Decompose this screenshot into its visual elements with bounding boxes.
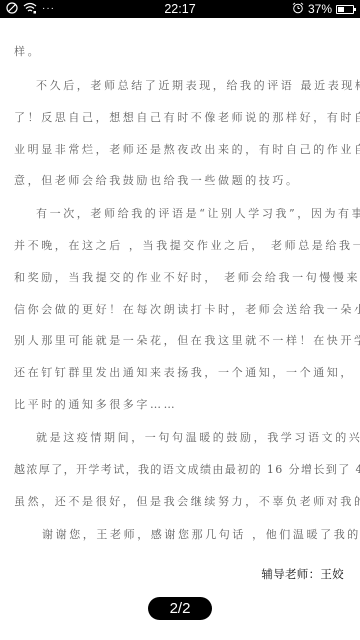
doc-line: 业明显非常烂，老师还是熬夜改出来的，有时自己的作业自己都不满 (14, 144, 346, 155)
doc-line: 虽然，还不是很好，但是我会继续努力，不辜负老师对我的期望。 (14, 496, 346, 507)
battery-fill (338, 7, 344, 12)
status-bar: ··· 22:17 37% (0, 0, 360, 18)
page-indicator: 2/2 (148, 597, 212, 620)
doc-line: 还在钉钉群里发出通知来表扬我，一个通知，一个通知， 这一条要 (14, 367, 346, 378)
doc-line: 了！反思自己，想想自己有时不像老师说的那样好，有时自己提交作 (14, 112, 346, 123)
doc-line: 意，但老师会给我鼓励也给我一些做题的技巧。 (14, 175, 346, 186)
signature: 辅导老师：王姣 (261, 566, 344, 582)
doc-line: 谢谢您，王老师，感谢您那几句话 ，他们温暖了我的心 ！ (42, 529, 360, 540)
battery-tip (354, 8, 356, 11)
doc-line: 信你会做的更好！在每次朗读打卡时，老师会送给我一朵小红花。在 (14, 304, 346, 315)
doc-line: 样。 (14, 46, 346, 57)
doc-line: 有一次，老师给我的评语是“让别人学习我”，因为有事我学习 (36, 208, 360, 219)
alarm-clock-icon (292, 2, 304, 17)
document-page[interactable]: 样。 不久后，老师总结了近期表现，给我的评语 最近表现棒极 了！反思自己，想想自… (0, 18, 360, 640)
doc-line: 别人那里可能就是一朵花，但在我这里就不一样！在快开学时，老师 (14, 335, 346, 346)
status-right-icons: 37% (292, 2, 354, 16)
battery-icon (336, 5, 354, 14)
doc-line: 就是这疫情期间，一句句温暖的鼓励，我学习语文的兴趣越来 (36, 432, 360, 443)
doc-line: 不久后，老师总结了近期表现，给我的评语 最近表现棒极 (36, 80, 360, 91)
doc-line: 和奖励，当我提交的作业不好时， 老师会给我一句慢慢来 ，老师相 (14, 272, 346, 283)
doc-line: 比平时的通知多很多字…… (14, 399, 346, 410)
doc-line: 越浓厚了，开学考试，我的语文成绩由最初的 16 分增长到了 46 分， (14, 464, 346, 475)
doc-line: 并不晚，在这之后 ，当我提交作业之后， 老师总是给我一个优、赞 (14, 240, 346, 251)
battery-percent: 37% (308, 2, 332, 16)
